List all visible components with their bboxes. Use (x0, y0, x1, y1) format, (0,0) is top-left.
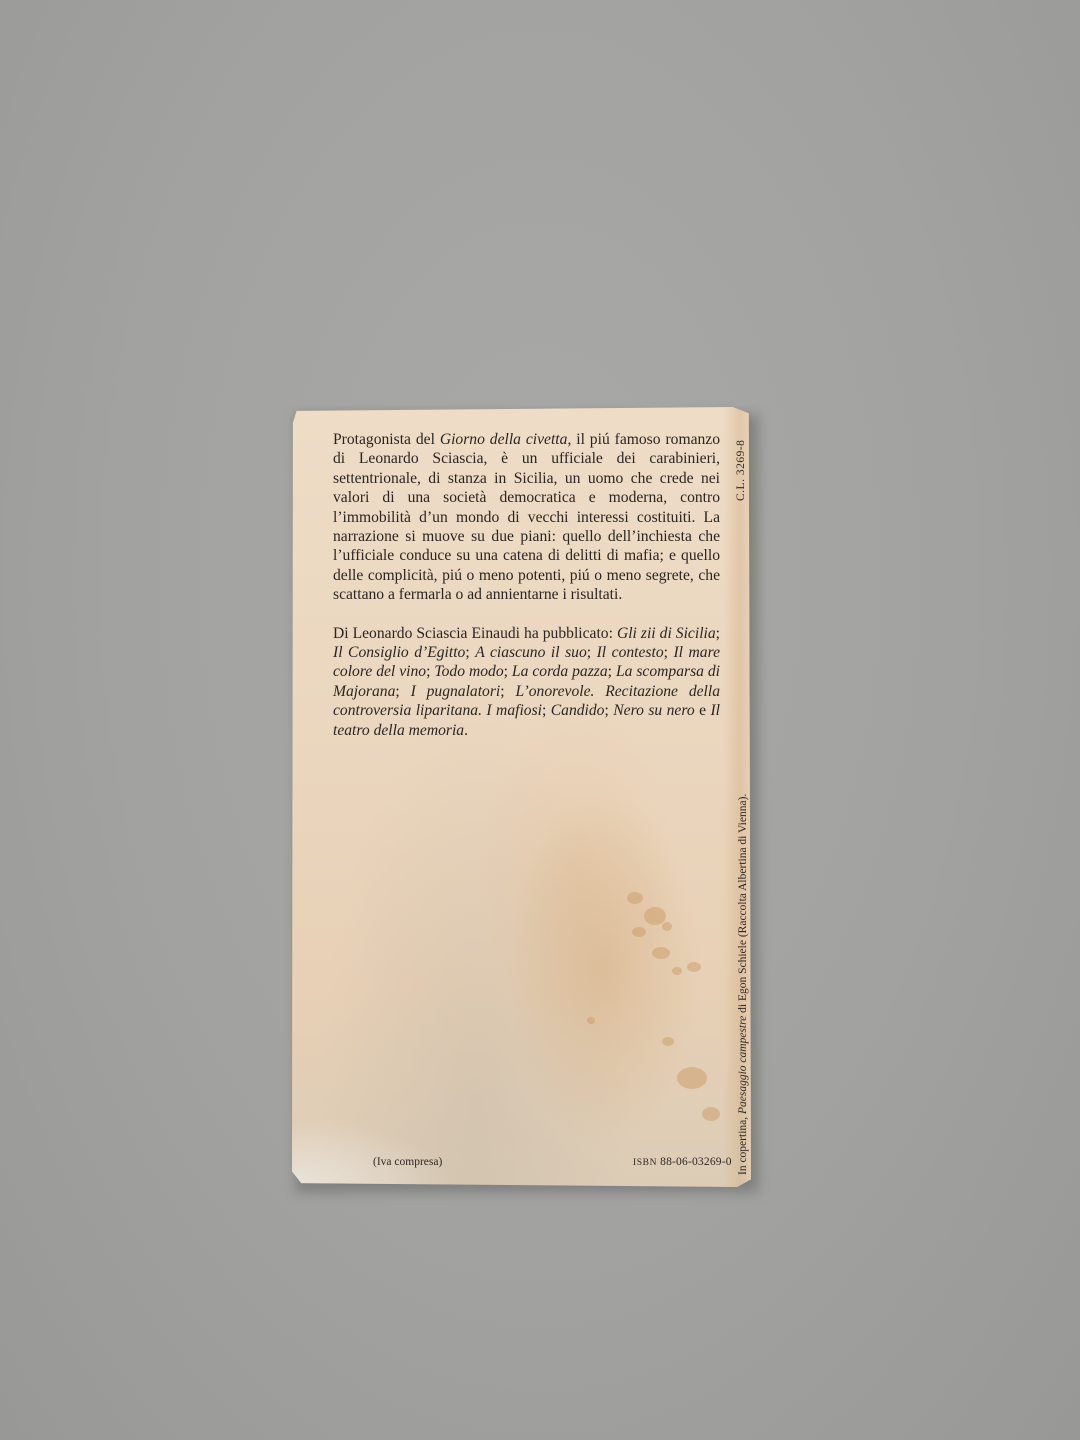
price-note: (Iva compresa) (373, 1156, 442, 1168)
book-back-cover: Protagonista del Giorno della civetta, i… (292, 407, 751, 1187)
synopsis-paragraph: Protagonista del Giorno della civetta, i… (333, 430, 720, 605)
synopsis-text: , il piú famoso romanzo di Leonardo Scia… (333, 431, 720, 603)
bibliography-paragraph: Di Leonardo Sciascia Einaudi ha pubblica… (333, 624, 720, 740)
book-title: Il Consiglio d’Egitto (333, 644, 465, 661)
book-title: La corda pazza (512, 663, 608, 680)
stain (627, 892, 643, 904)
cover-credit-text: di Egon Schiele (Raccolta Albertina di V… (737, 794, 749, 1016)
isbn: ISBN 88-06-03269-0 (633, 1156, 732, 1168)
cover-credit-text: In copertina, (737, 1114, 749, 1175)
stain (632, 927, 646, 937)
bibliography-intro: Di Leonardo Sciascia Einaudi ha pubblica… (333, 625, 617, 642)
book-title: Todo modo (434, 663, 503, 680)
book-title: Gli zii di Sicilia (617, 625, 716, 642)
stain (702, 1107, 720, 1121)
isbn-number: 88-06-03269-0 (660, 1156, 732, 1168)
stain (677, 1067, 707, 1089)
blurb-text: Protagonista del Giorno della civetta, i… (333, 430, 720, 740)
book-title: Il contesto (597, 644, 664, 661)
stain (662, 922, 672, 931)
worn-corner (292, 1117, 452, 1187)
stain (672, 967, 682, 975)
stain (687, 962, 701, 972)
isbn-label: ISBN (633, 1158, 657, 1168)
cover-artwork-title: Paesaggio campestre (737, 1016, 749, 1114)
synopsis-text: Protagonista del (333, 431, 440, 448)
book-title: A ciascuno il suo (475, 644, 587, 661)
novel-title: Giorno della civetta (440, 431, 568, 448)
catalog-code: C.L. 3269-8 (735, 440, 747, 501)
book-title: I pugnalatori (411, 683, 501, 700)
stain (587, 1017, 595, 1024)
stain (652, 947, 670, 959)
book-title: Nero su nero (613, 702, 694, 719)
book-title: Candido (551, 702, 605, 719)
cover-credit: In copertina, Paesaggio campestre di Ego… (737, 794, 749, 1175)
stain (662, 1037, 674, 1046)
